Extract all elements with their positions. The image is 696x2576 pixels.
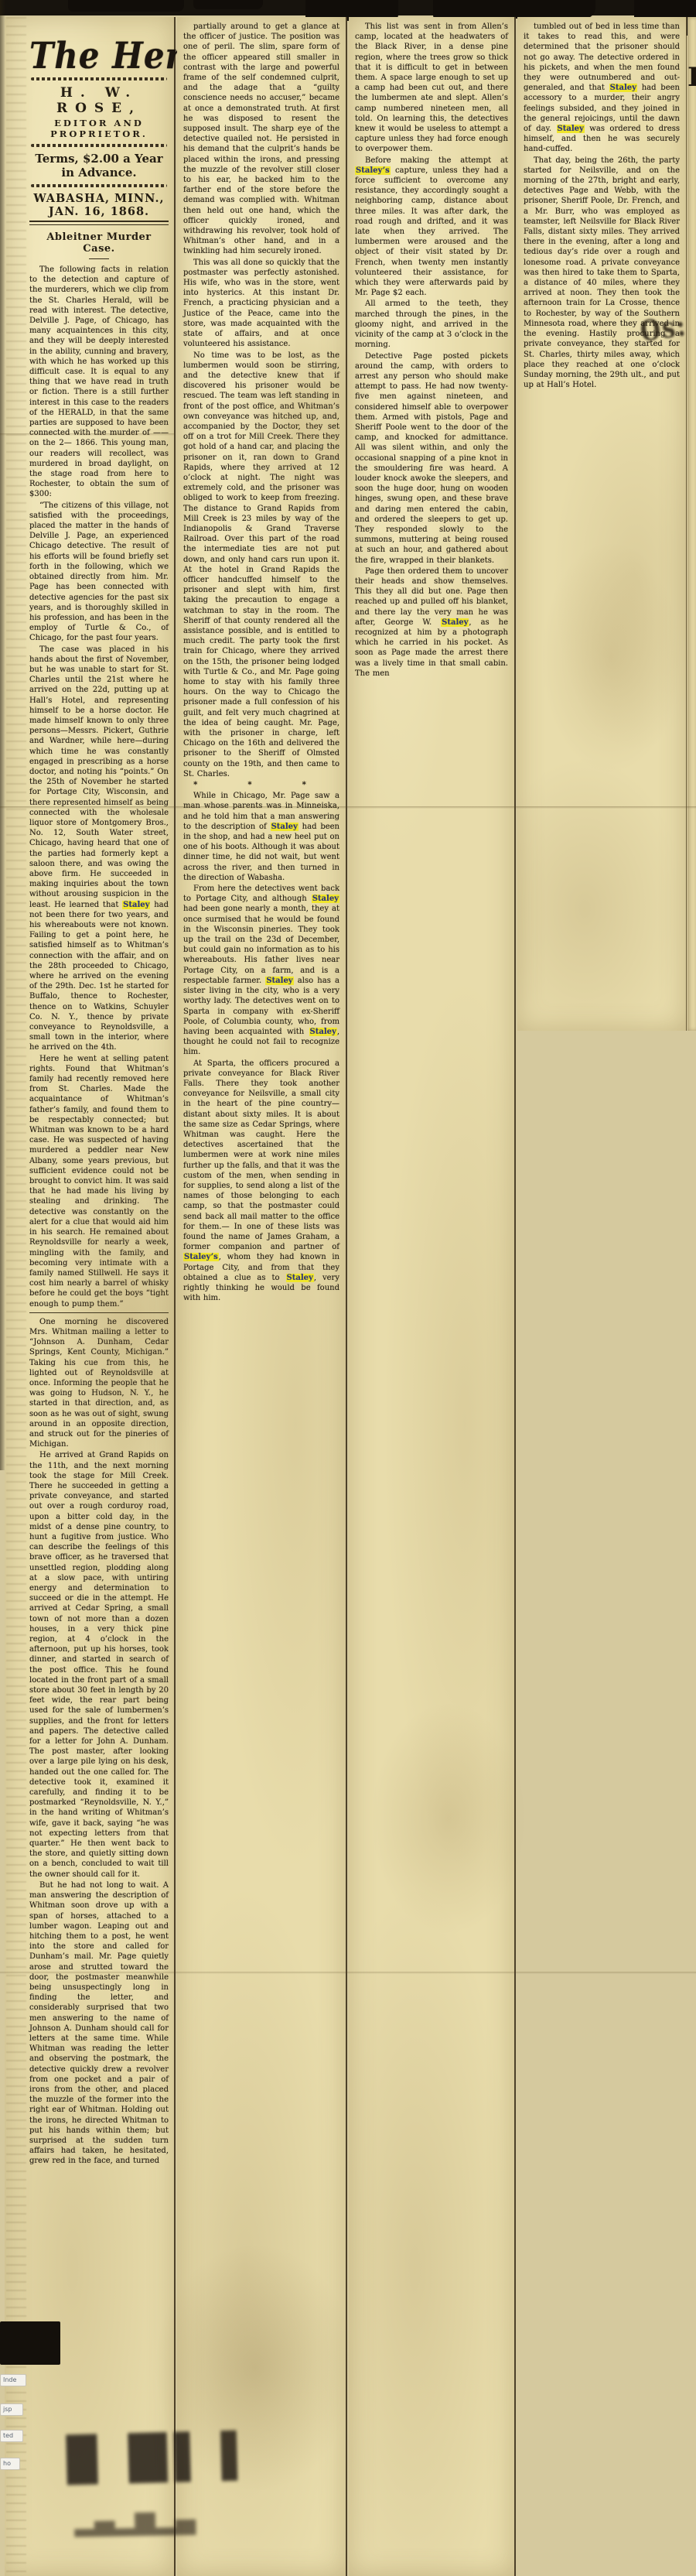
article-headline: Ableitner Murder Case. (29, 231, 169, 255)
article-paragraph: “The citizens of this village, not satis… (29, 501, 169, 644)
black-paper-chip (0, 2321, 60, 2365)
section-stars: * * * (183, 780, 339, 790)
bleedthrough-band (6, 17, 26, 2576)
article-paragraph: One morning he discovered Mrs. Whitman m… (29, 1317, 169, 1450)
highlighted-name: Staley (441, 618, 469, 627)
highlighted-name: Staley (286, 1274, 314, 1282)
masthead-title: The Herald. (29, 14, 169, 77)
section-rule (29, 1312, 169, 1313)
viewer-fragment: jsp (0, 2403, 23, 2416)
subscription-terms: Terms, $2.00 a Year in Advance. (29, 152, 169, 180)
article-column-text-3: This list was sent in from Allen’s camp,… (355, 17, 508, 679)
highlighted-name: Staley’s (355, 166, 391, 175)
article-paragraph: tumbled out of bed in less time than it … (524, 22, 680, 155)
highlighted-name: Staley (609, 84, 637, 92)
editor-name: H. W. ROSE, (29, 85, 169, 116)
newspaper-page: The Herald. H. W. ROSE, EDITOR AND PROPR… (0, 0, 696, 2576)
torn-letter-fragment: F (687, 62, 696, 93)
article-paragraph: At Sparta, the officers procured a priva… (183, 1059, 339, 1304)
double-rule (29, 221, 169, 225)
masthead: The Herald. H. W. ROSE, EDITOR AND PROPR… (29, 17, 169, 225)
article-paragraph: While in Chicago, Mr. Page saw a man who… (183, 791, 339, 883)
article-column-text-1: The following facts in relation to the d… (29, 265, 169, 2167)
paper-crease (0, 433, 176, 436)
article-paragraph: Detective Page posted pickets around the… (355, 351, 508, 566)
column-1: The Herald. H. W. ROSE, EDITOR AND PROPR… (5, 17, 176, 2576)
article-paragraph: But he had not long to wait. A man answe… (29, 1880, 169, 2167)
torn-edge-blob (433, 0, 595, 19)
highlighted-name: Staley (271, 823, 299, 831)
editor-title: EDITOR AND PROPRIETOR. (29, 118, 169, 139)
viewer-fragment: ho (0, 2458, 20, 2470)
article-paragraph: That day, being the 26th, the party star… (524, 156, 680, 391)
viewer-fragment: ted (0, 2430, 23, 2442)
headline-rule (89, 258, 109, 259)
wavy-rule (31, 184, 167, 187)
illegible-overprint: ▐▌▐▊▌▐ (50, 2427, 377, 2485)
dateline: WABASHA, MINN., JAN. 16, 1868. (29, 192, 169, 218)
highlighted-name: Staley (265, 977, 293, 985)
illegible-overprint: ▂▄▂▆▂▄ (74, 2502, 353, 2537)
article-paragraph: Page then ordered them to uncover their … (355, 566, 508, 679)
highlighted-name: Staley (122, 901, 150, 909)
highlighted-name: Staley (312, 895, 339, 903)
article-paragraph: This list was sent in from Allen’s camp,… (355, 22, 508, 155)
column-2: partially around to get a glance at the … (177, 17, 347, 2576)
article-paragraph: From here the detectives went back to Po… (183, 884, 339, 1057)
article-paragraph: This was all done so quickly that the po… (183, 258, 339, 350)
article-paragraph: Before making the attempt at Staley’s ca… (355, 156, 508, 299)
article-paragraph: All armed to the teeth, they marched thr… (355, 299, 508, 350)
article-paragraph: partially around to get a glance at the … (183, 22, 339, 257)
article-paragraph: Here he went at selling patent rights. F… (29, 1054, 169, 1309)
article-column-text-2: partially around to get a glance at the … (183, 17, 339, 1303)
paper-crease (0, 1972, 696, 1974)
torn-right-sliver: F (687, 17, 696, 1031)
torn-edge-blob (68, 0, 184, 12)
article-paragraph: The case was placed in his hands about t… (29, 645, 169, 1053)
ink-smudge-letters: Os: (638, 310, 688, 349)
article-paragraph: No time was to be lost, as the lumbermen… (183, 351, 339, 780)
highlighted-name: Staley (309, 1028, 337, 1036)
highlighted-name: Staley’s (183, 1253, 219, 1261)
article-paragraph: The following facts in relation to the d… (29, 265, 169, 500)
paper-crease (0, 806, 696, 809)
highlighted-name: Staley (557, 125, 585, 133)
column-3: This list was sent in from Allen’s camp,… (349, 17, 516, 2576)
article-paragraph: He arrived at Grand Rapids on the 11th, … (29, 1450, 169, 1880)
torn-edge-blob (193, 0, 263, 9)
wavy-rule (31, 77, 167, 80)
viewer-fragment: Inde (0, 2374, 26, 2386)
column-4: tumbled out of bed in less time than it … (517, 17, 687, 1031)
wavy-rule (31, 144, 167, 147)
